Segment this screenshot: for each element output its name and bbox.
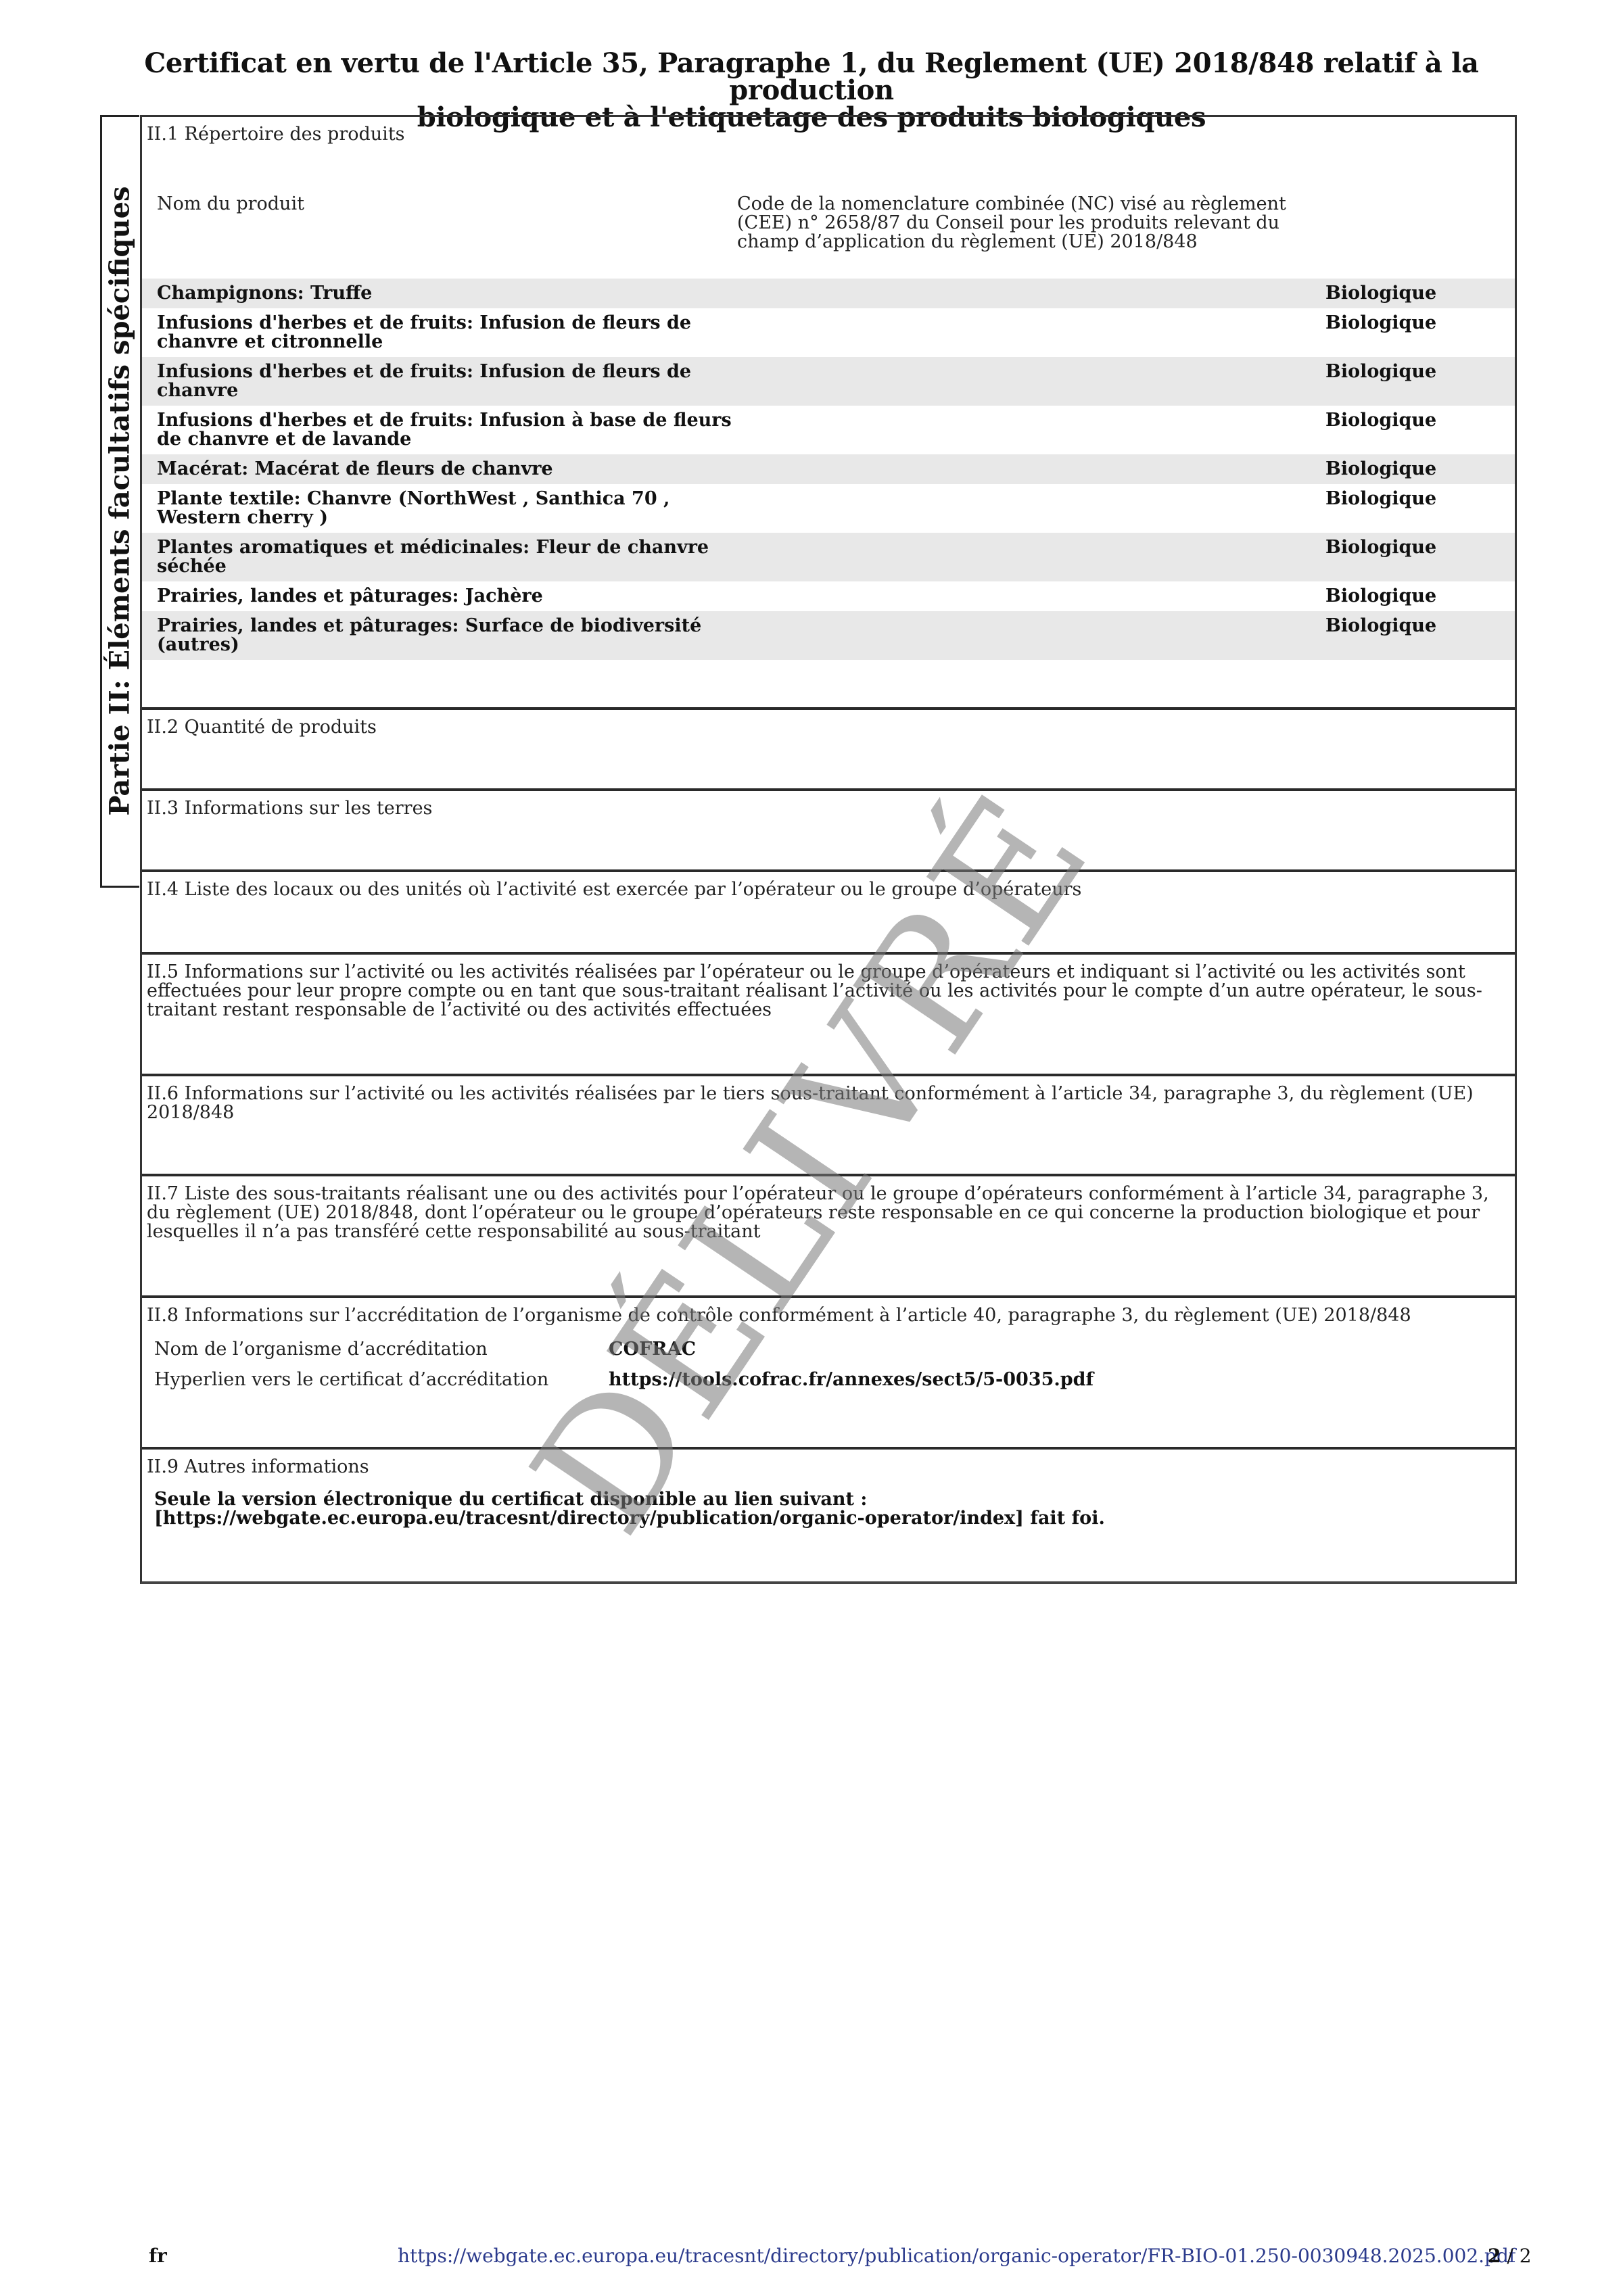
accreditation-link[interactable]: https://tools.cofrac.fr/annexes/sect5/5-… xyxy=(609,1370,1093,1389)
product-name: Infusions d'herbes et de fruits: Infusio… xyxy=(157,314,752,352)
product-row: Champignons: TruffeBiologique xyxy=(142,279,1515,308)
accreditation-link-label: Hyperlien vers le certificat d’accrédita… xyxy=(154,1370,548,1389)
note-line-1: Seule la version électronique du certifi… xyxy=(154,1490,1105,1509)
section-other-info: II.9 Autres informations Seule la versio… xyxy=(142,1447,1515,1584)
product-name: Prairies, landes et pâturages: Jachère xyxy=(157,587,752,606)
product-name: Infusions d'herbes et de fruits: Infusio… xyxy=(157,411,752,449)
product-row: Infusions d'herbes et de fruits: Infusio… xyxy=(142,406,1515,454)
section-title: II.4 Liste des locaux ou des unités où l… xyxy=(147,880,1501,899)
product-row: Infusions d'herbes et de fruits: Infusio… xyxy=(142,308,1515,357)
product-name: Plantes aromatiques et médicinales: Fleu… xyxy=(157,538,752,576)
section-title: II.8 Informations sur l’accréditation de… xyxy=(147,1306,1501,1325)
product-row: Plantes aromatiques et médicinales: Fleu… xyxy=(142,533,1515,581)
section-subcontractor-activities: II.6 Informations sur l’activité ou les … xyxy=(142,1074,1515,1174)
product-row: Macérat: Macérat de fleurs de chanvreBio… xyxy=(142,454,1515,484)
section-title: II.9 Autres informations xyxy=(147,1458,1501,1477)
section-activities: II.5 Informations sur l’activité ou les … xyxy=(142,952,1515,1074)
section-land-info: II.3 Informations sur les terres xyxy=(142,788,1515,869)
product-row: Plante textile: Chanvre (NorthWest , San… xyxy=(142,484,1515,533)
section-products: II.1 Répertoire des produits Nom du prod… xyxy=(142,117,1515,707)
column-header-product-name: Nom du produit xyxy=(157,195,304,214)
section-subcontractors-list: II.7 Liste des sous-traitants réalisant … xyxy=(142,1174,1515,1295)
product-status: Biologique xyxy=(1325,489,1436,508)
accreditation-body-label: Nom de l’organisme d’accréditation xyxy=(154,1340,488,1359)
product-status: Biologique xyxy=(1325,617,1436,636)
product-row: Infusions d'herbes et de fruits: Infusio… xyxy=(142,357,1515,406)
section-title: II.5 Informations sur l’activité ou les … xyxy=(147,963,1501,1020)
page-total: 2 xyxy=(1520,2245,1532,2267)
product-name: Plante textile: Chanvre (NorthWest , San… xyxy=(157,489,752,527)
product-status: Biologique xyxy=(1325,362,1436,381)
footer-language: fr xyxy=(149,2246,167,2266)
page-number: 2 / 2 xyxy=(1488,2246,1532,2266)
title-line-1: Certificat en vertu de l'Article 35, Par… xyxy=(101,50,1522,104)
product-status: Biologique xyxy=(1325,587,1436,606)
product-row: Prairies, landes et pâturages: JachèreBi… xyxy=(142,581,1515,611)
section-quantity: II.2 Quantité de produits xyxy=(142,707,1515,788)
section-premises: II.4 Liste des locaux ou des unités où l… xyxy=(142,869,1515,952)
electronic-version-note: Seule la version électronique du certifi… xyxy=(154,1490,1105,1528)
product-name: Infusions d'herbes et de fruits: Infusio… xyxy=(157,362,752,400)
product-row: Prairies, landes et pâturages: Surface d… xyxy=(142,611,1515,660)
product-status: Biologique xyxy=(1325,411,1436,430)
product-status: Biologique xyxy=(1325,460,1436,479)
section-title: II.3 Informations sur les terres xyxy=(147,799,1501,818)
product-name: Prairies, landes et pâturages: Surface d… xyxy=(157,617,752,654)
product-name: Champignons: Truffe xyxy=(157,284,752,303)
page-current: 2 xyxy=(1488,2245,1501,2267)
section-title: II.1 Répertoire des produits xyxy=(147,125,1501,144)
section-title: II.6 Informations sur l’activité ou les … xyxy=(147,1084,1501,1122)
section-accreditation: II.8 Informations sur l’accréditation de… xyxy=(142,1295,1515,1447)
column-header-cn-code: Code de la nomenclature combinée (NC) vi… xyxy=(737,195,1298,252)
side-label: Partie II: Éléments facultatifs spécifiq… xyxy=(104,186,136,815)
page-separator: / xyxy=(1501,2245,1519,2267)
product-status: Biologique xyxy=(1325,284,1436,303)
product-status: Biologique xyxy=(1325,314,1436,333)
certificate-table: II.1 Répertoire des produits Nom du prod… xyxy=(140,115,1517,1584)
footer-document-link[interactable]: https://webgate.ec.europa.eu/tracesnt/di… xyxy=(398,2246,1515,2266)
product-name: Macérat: Macérat de fleurs de chanvre xyxy=(157,460,752,479)
accreditation-body-value: COFRAC xyxy=(609,1340,696,1359)
note-link[interactable]: [https://webgate.ec.europa.eu/tracesnt/d… xyxy=(154,1509,1105,1528)
product-status: Biologique xyxy=(1325,538,1436,557)
section-title: II.2 Quantité de produits xyxy=(147,718,1501,737)
section-title: II.7 Liste des sous-traitants réalisant … xyxy=(147,1185,1501,1241)
